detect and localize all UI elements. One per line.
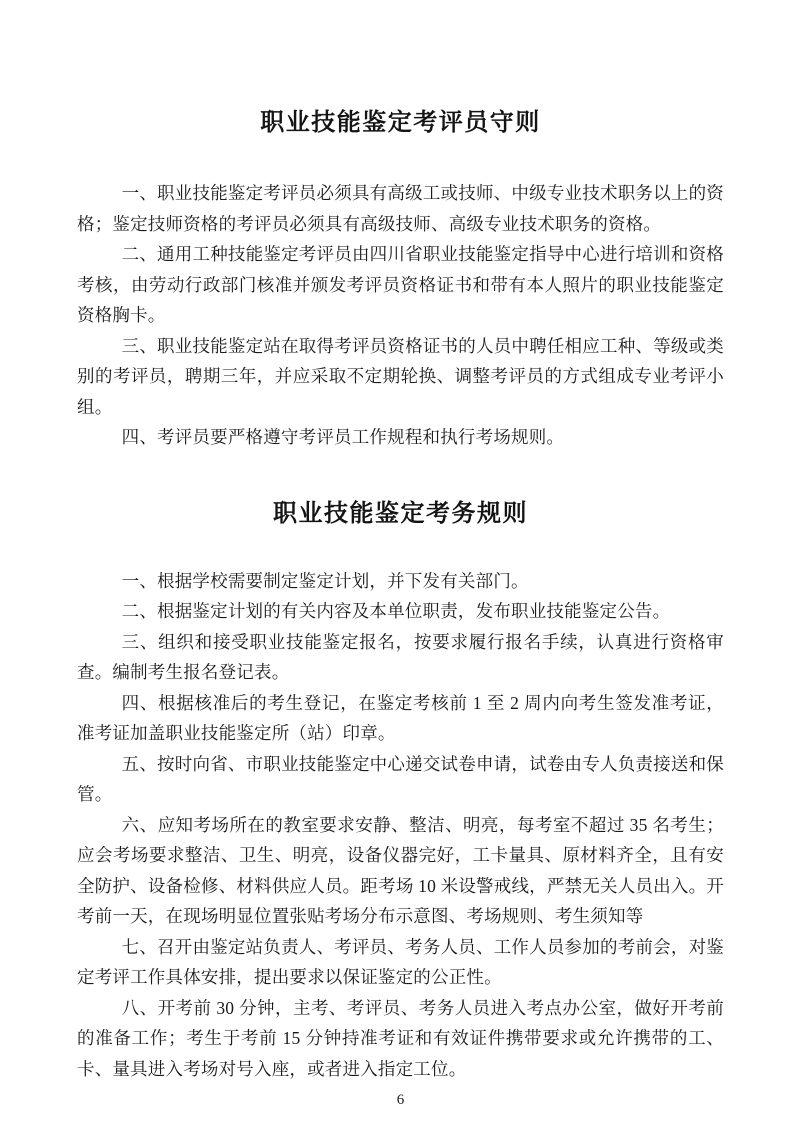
section-exam-rules: 一、根据学校需要制定鉴定计划，并下发有关部门。 二、根据鉴定计划的有关内容及本单… <box>77 566 724 1085</box>
page-number: 6 <box>77 1092 724 1109</box>
paragraph: 八、开考前 30 分钟，主考、考评员、考务人员进入考点办公室，做好开考前的准备工… <box>77 993 724 1085</box>
paragraph: 二、通用工种技能鉴定考评员由四川省职业技能鉴定指导中心进行培训和资格考核，由劳动… <box>77 239 724 331</box>
paragraph: 四、考评员要严格遵守考评员工作规程和执行考场规则。 <box>77 422 724 453</box>
paragraph: 一、根据学校需要制定鉴定计划，并下发有关部门。 <box>77 566 724 597</box>
page-content: 职业技能鉴定考评员守则 一、职业技能鉴定考评员必须具有高级工或技师、中级专业技术… <box>77 0 724 1109</box>
paragraph: 五、按时向省、市职业技能鉴定中心递交试卷申请，试卷由专人负责接送和保管。 <box>77 749 724 810</box>
section-examiner-code: 一、职业技能鉴定考评员必须具有高级工或技师、中级专业技术职务以上的资格；鉴定技师… <box>77 178 724 453</box>
paragraph: 一、职业技能鉴定考评员必须具有高级工或技师、中级专业技术职务以上的资格；鉴定技师… <box>77 178 724 239</box>
paragraph: 三、组织和接受职业技能鉴定报名，按要求履行报名手续，认真进行资格审查。编制考生报… <box>77 627 724 688</box>
section-title-examiner-code: 职业技能鉴定考评员守则 <box>77 106 724 139</box>
paragraph: 四、根据核准后的考生登记，在鉴定考核前 1 至 2 周内向考生签发准考证，准考证… <box>77 688 724 749</box>
section-title-exam-rules: 职业技能鉴定考务规则 <box>77 497 724 530</box>
document-page: 职业技能鉴定考评员守则 一、职业技能鉴定考评员必须具有高级工或技师、中级专业技术… <box>0 0 793 1122</box>
paragraph: 六、应知考场所在的教室要求安静、整洁、明亮，每考室不超过 35 名考生；应会考场… <box>77 810 724 932</box>
paragraph: 三、职业技能鉴定站在取得考评员资格证书的人员中聘任相应工种、等级或类别的考评员，… <box>77 331 724 423</box>
paragraph: 七、召开由鉴定站负责人、考评员、考务人员、工作人员参加的考前会，对鉴定考评工作具… <box>77 932 724 993</box>
paragraph: 二、根据鉴定计划的有关内容及本单位职责，发布职业技能鉴定公告。 <box>77 596 724 627</box>
